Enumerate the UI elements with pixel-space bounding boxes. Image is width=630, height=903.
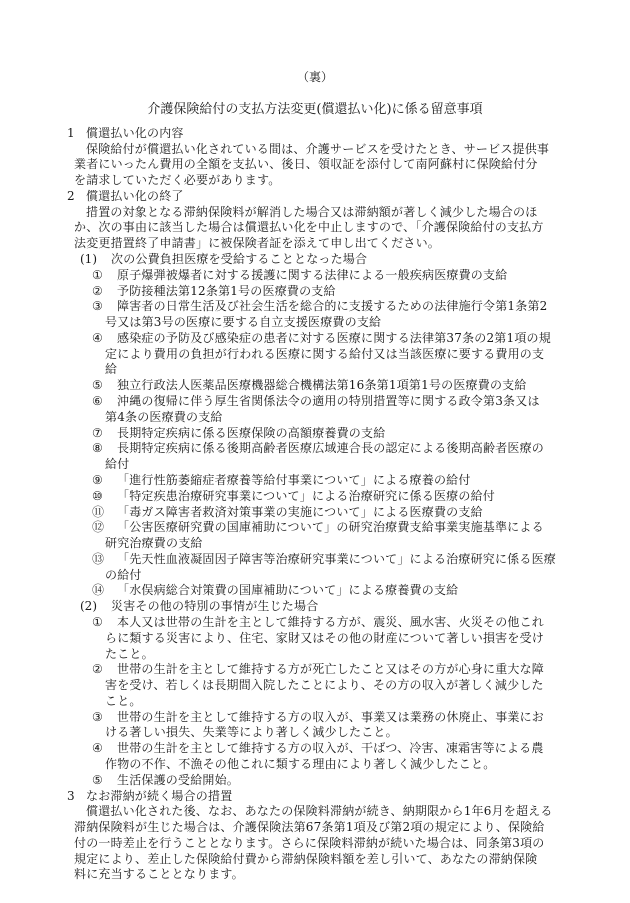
page-side-label: （裏） bbox=[0, 68, 630, 85]
section-heading: なお滞納が続く場合の措置 bbox=[86, 789, 232, 804]
body-line: か、次の事由に該当した場合は償還払い化を中止しますので、「介護保険給付の支払方 bbox=[74, 220, 544, 235]
item-mark: ⑥ bbox=[92, 394, 103, 409]
item-line: 「水俣病総合対策費の国庫補助について」による療養費の支給 bbox=[117, 583, 458, 598]
item-line: 原子爆弾被爆者に対する援護に関する法律による一般疾病医療費の支給 bbox=[117, 268, 507, 283]
item-line: 研究治療費の支給 bbox=[105, 536, 203, 551]
item-mark: ⑭ bbox=[92, 583, 104, 598]
item-line: 「毒ガス障害者救済対策事業の実施について」による医療費の支給 bbox=[117, 505, 483, 520]
subsection-heading: 災害その他の特別の事情が生じた場合 bbox=[111, 599, 318, 614]
body-line: 法変更措置終了申請書」に被保険者証を添えて申し出てください。 bbox=[74, 236, 440, 251]
item-line: 生活保護の受給開始。 bbox=[117, 773, 239, 788]
section-heading: 償還払い化の内容 bbox=[86, 126, 184, 141]
item-line: 予防接種法第12条第1号の医療費の支給 bbox=[117, 284, 336, 299]
item-mark: ⑤ bbox=[92, 378, 103, 393]
item-line: らに類する災害により、住宅、家財又はその他の財産について著しい損害を受け bbox=[105, 631, 544, 646]
item-mark: ② bbox=[92, 662, 103, 677]
item-line: 給 bbox=[105, 362, 117, 377]
item-line: こと。 bbox=[105, 694, 142, 709]
item-mark: ⑦ bbox=[92, 426, 103, 441]
body-line: 規定により、差止した保険給付費から滞納保険料額を差し引いて、あなたの滞納保険 bbox=[74, 852, 537, 867]
item-mark: ⑧ bbox=[92, 441, 103, 456]
section-number: 2 bbox=[67, 189, 75, 204]
section-heading: 償還払い化の終了 bbox=[86, 189, 184, 204]
item-line: 長期特定疾病に係る後期高齢者医療広域連合長の認定による後期高齢者医療の bbox=[117, 441, 544, 456]
item-line: 感染症の予防及び感染症の患者に対する医療に関する法律第37条の2第1項の規 bbox=[117, 331, 551, 346]
item-mark: ⑨ bbox=[92, 473, 103, 488]
item-line: 作物の不作、不漁その他これに類する理由により著しく減少したこと。 bbox=[105, 757, 495, 772]
item-mark: ⑤ bbox=[92, 773, 103, 788]
item-line: 「進行性筋萎縮症者療養等給付事業について」による療養の給付 bbox=[117, 473, 471, 488]
body-line: 付の一時差止を行うこととなります。さらに保険料滞納が続いた場合は、同条第3項の bbox=[74, 836, 544, 851]
item-line: 障害者の日常生活及び社会生活を総合的に支援するための法律施行令第1条第2 bbox=[117, 299, 547, 314]
body-line: 保険給付が償還払い化されている間は、介護サービスを受けたとき、サービス提供事 bbox=[86, 142, 549, 157]
section-number: 1 bbox=[67, 126, 75, 141]
item-line: 「公害医療研究費の国庫補助について」の研究治療費支給事業実施基準による bbox=[117, 520, 544, 535]
page-title: 介護保険給付の支払方法変更(償還払い化)に係る留意事項 bbox=[0, 98, 630, 117]
body-line: 措置の対象となる滞納保険料が解消した場合又は滞納額が著しく減少した場合のほ bbox=[86, 205, 537, 220]
item-line: 害を受け、若しくは長期間入院したことにより、その方の収入が著しく減少した bbox=[105, 678, 544, 693]
item-mark: ④ bbox=[92, 741, 103, 756]
item-mark: ⑬ bbox=[92, 552, 104, 567]
item-line: 長期特定疾病に係る医療保険の高額療養費の支給 bbox=[117, 426, 385, 441]
body-line: を請求していただく必要があります。 bbox=[74, 173, 280, 188]
item-line: ける著しい損失、失業等により著しく減少したこと。 bbox=[105, 725, 398, 740]
item-line: 独立行政法人医薬品医療機器総合機構法第16条第1項第1号の医療費の支給 bbox=[117, 378, 527, 393]
subsection-number: (2) bbox=[80, 599, 97, 614]
item-mark: ④ bbox=[92, 331, 103, 346]
item-line: 給付 bbox=[105, 457, 129, 472]
body-line: 償還払い化された後、なお、あなたの保険料滞納が続き、納期限から1年6月を超える bbox=[86, 804, 553, 819]
item-line: 世帯の生計を主として維持する方が死亡したこと又はその方が心身に重大な障 bbox=[117, 662, 544, 677]
item-mark: ① bbox=[92, 615, 103, 630]
item-mark: ① bbox=[92, 268, 103, 283]
item-line: 沖縄の復帰に伴う厚生省関係法令の適用の特別措置等に関する政令第3条又は bbox=[117, 394, 540, 409]
item-line: たこと。 bbox=[105, 647, 154, 662]
item-mark: ③ bbox=[92, 299, 103, 314]
body-line: 業者にいったん費用の全額を支払い、後日、領収証を添付して南阿蘇村に保険給付分 bbox=[74, 157, 538, 172]
item-line: 号又は第3号の医療に要する自立支援医療費の支給 bbox=[105, 315, 381, 330]
body-line: 料に充当することとなります。 bbox=[74, 867, 244, 882]
section-number: 3 bbox=[67, 789, 75, 804]
document-page: （裏） 介護保険給付の支払方法変更(償還払い化)に係る留意事項 1 償還払い化の… bbox=[0, 0, 630, 903]
item-mark: ③ bbox=[92, 710, 103, 725]
item-mark: ⑫ bbox=[92, 520, 104, 535]
item-mark: ⑪ bbox=[92, 505, 104, 520]
item-mark: ② bbox=[92, 284, 103, 299]
subsection-heading: 次の公費負担医療を受給することとなった場合 bbox=[111, 252, 367, 267]
item-line: 世帯の生計を主として維持する方の収入が、事業又は業務の休廃止、事業にお bbox=[117, 710, 544, 725]
item-line: 世帯の生計を主として維持する方の収入が、干ばつ、冷害、凍霜害等による農 bbox=[117, 741, 544, 756]
item-line: 定により費用の負担が行われる医療に関する給付又は当該医療に要する費用の支 bbox=[105, 347, 544, 362]
item-line: 「特定疾患治療研究事業について」による治療研究に係る医療の給付 bbox=[117, 489, 495, 504]
item-line: 「先天性血液凝固因子障害等治療研究事業について」による治療研究に係る医療 bbox=[117, 552, 556, 567]
subsection-number: (1) bbox=[80, 252, 97, 267]
item-line: の給付 bbox=[105, 568, 142, 583]
item-line: 本人又は世帯の生計を主として維持する方が、震災、風水害、火災その他これ bbox=[117, 615, 544, 630]
item-line: 第4条の医療費の支給 bbox=[105, 410, 223, 425]
body-line: 滞納保険料が生じた場合は、介護保険法第67条第1項及び第2項の規定により、保険給 bbox=[74, 820, 545, 835]
item-mark: ⑩ bbox=[92, 489, 103, 504]
